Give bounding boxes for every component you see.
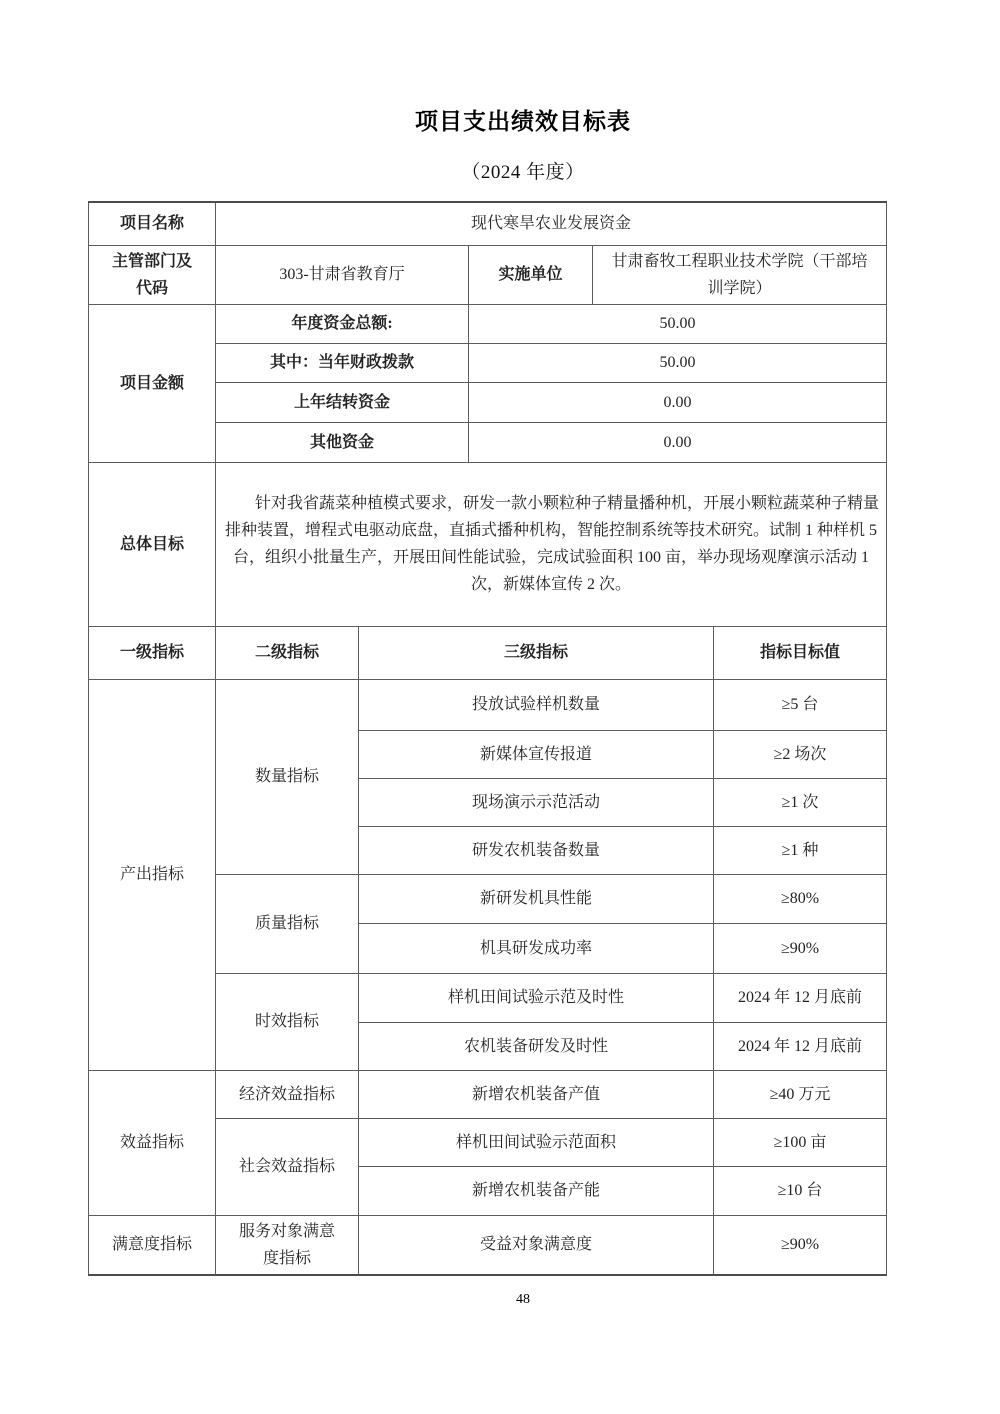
level2-timeliness: 时效指标 (216, 973, 359, 1070)
project-name-label: 项目名称 (89, 202, 216, 245)
indicator-target: ≥1 次 (714, 778, 887, 826)
amount-row-value: 50.00 (469, 304, 887, 343)
indicator-target: ≥90% (714, 923, 887, 973)
indicator-name: 样机田间试验示范面积 (359, 1118, 714, 1166)
amount-label: 项目金额 (89, 304, 216, 462)
project-name-value: 现代寒旱农业发展资金 (216, 202, 887, 245)
indicator-name: 受益对象满意度 (359, 1215, 714, 1275)
amount-row-label: 其中：当年财政拨款 (216, 343, 469, 382)
goal-text: 针对我省蔬菜种植模式要求，研发一款小颗粒种子精量播种机，开展小颗粒蔬菜种子精量排… (216, 462, 887, 626)
indicator-target: 2024 年 12 月底前 (714, 973, 887, 1022)
indicator-name: 新增农机装备产能 (359, 1166, 714, 1215)
performance-target-table: 项目名称 现代寒旱农业发展资金 主管部门及代码 303-甘肃省教育厅 实施单位 … (88, 201, 887, 1276)
level1-satisfaction: 满意度指标 (89, 1215, 216, 1275)
amount-row-label: 其他资金 (216, 422, 469, 462)
header-level2: 二级指标 (216, 626, 359, 679)
level1-benefit: 效益指标 (89, 1070, 216, 1215)
indicator-target: ≥100 亩 (714, 1118, 887, 1166)
amount-row-value: 50.00 (469, 343, 887, 382)
level2-social: 社会效益指标 (216, 1118, 359, 1215)
department-label: 主管部门及代码 (89, 245, 216, 304)
indicator-name: 投放试验样机数量 (359, 679, 714, 730)
amount-row-label: 上年结转资金 (216, 382, 469, 422)
page-subtitle: （2024 年度） (88, 162, 958, 184)
level2-economic: 经济效益指标 (216, 1070, 359, 1118)
amount-row-value: 0.00 (469, 382, 887, 422)
amount-row-label: 年度资金总额: (216, 304, 469, 343)
amount-row-value: 0.00 (469, 422, 887, 462)
indicator-target: ≥10 台 (714, 1166, 887, 1215)
level2-service-target: 服务对象满意度指标 (216, 1215, 359, 1275)
level2-quantity: 数量指标 (216, 679, 359, 874)
level2-quality: 质量指标 (216, 874, 359, 973)
page-title: 项目支出绩效目标表 (88, 0, 958, 136)
header-level1: 一级指标 (89, 626, 216, 679)
department-value: 303-甘肃省教育厅 (216, 245, 469, 304)
indicator-target: ≥1 种 (714, 826, 887, 874)
page-number: 48 (88, 1292, 958, 1308)
indicator-target: ≥5 台 (714, 679, 887, 730)
goal-label: 总体目标 (89, 462, 216, 626)
level1-output: 产出指标 (89, 679, 216, 1070)
indicator-name: 新媒体宣传报道 (359, 730, 714, 778)
implementer-value: 甘肃畜牧工程职业技术学院（干部培训学院） (593, 245, 887, 304)
indicator-target: ≥40 万元 (714, 1070, 887, 1118)
indicator-target: ≥90% (714, 1215, 887, 1275)
indicator-name: 农机装备研发及时性 (359, 1022, 714, 1070)
indicator-name: 机具研发成功率 (359, 923, 714, 973)
implementer-label: 实施单位 (469, 245, 593, 304)
indicator-name: 现场演示示范活动 (359, 778, 714, 826)
indicator-name: 样机田间试验示范及时性 (359, 973, 714, 1022)
indicator-name: 新研发机具性能 (359, 874, 714, 923)
header-level3: 三级指标 (359, 626, 714, 679)
indicator-target: ≥80% (714, 874, 887, 923)
indicator-target: 2024 年 12 月底前 (714, 1022, 887, 1070)
indicator-name: 新增农机装备产值 (359, 1070, 714, 1118)
indicator-target: ≥2 场次 (714, 730, 887, 778)
indicator-name: 研发农机装备数量 (359, 826, 714, 874)
header-target: 指标目标值 (714, 626, 887, 679)
